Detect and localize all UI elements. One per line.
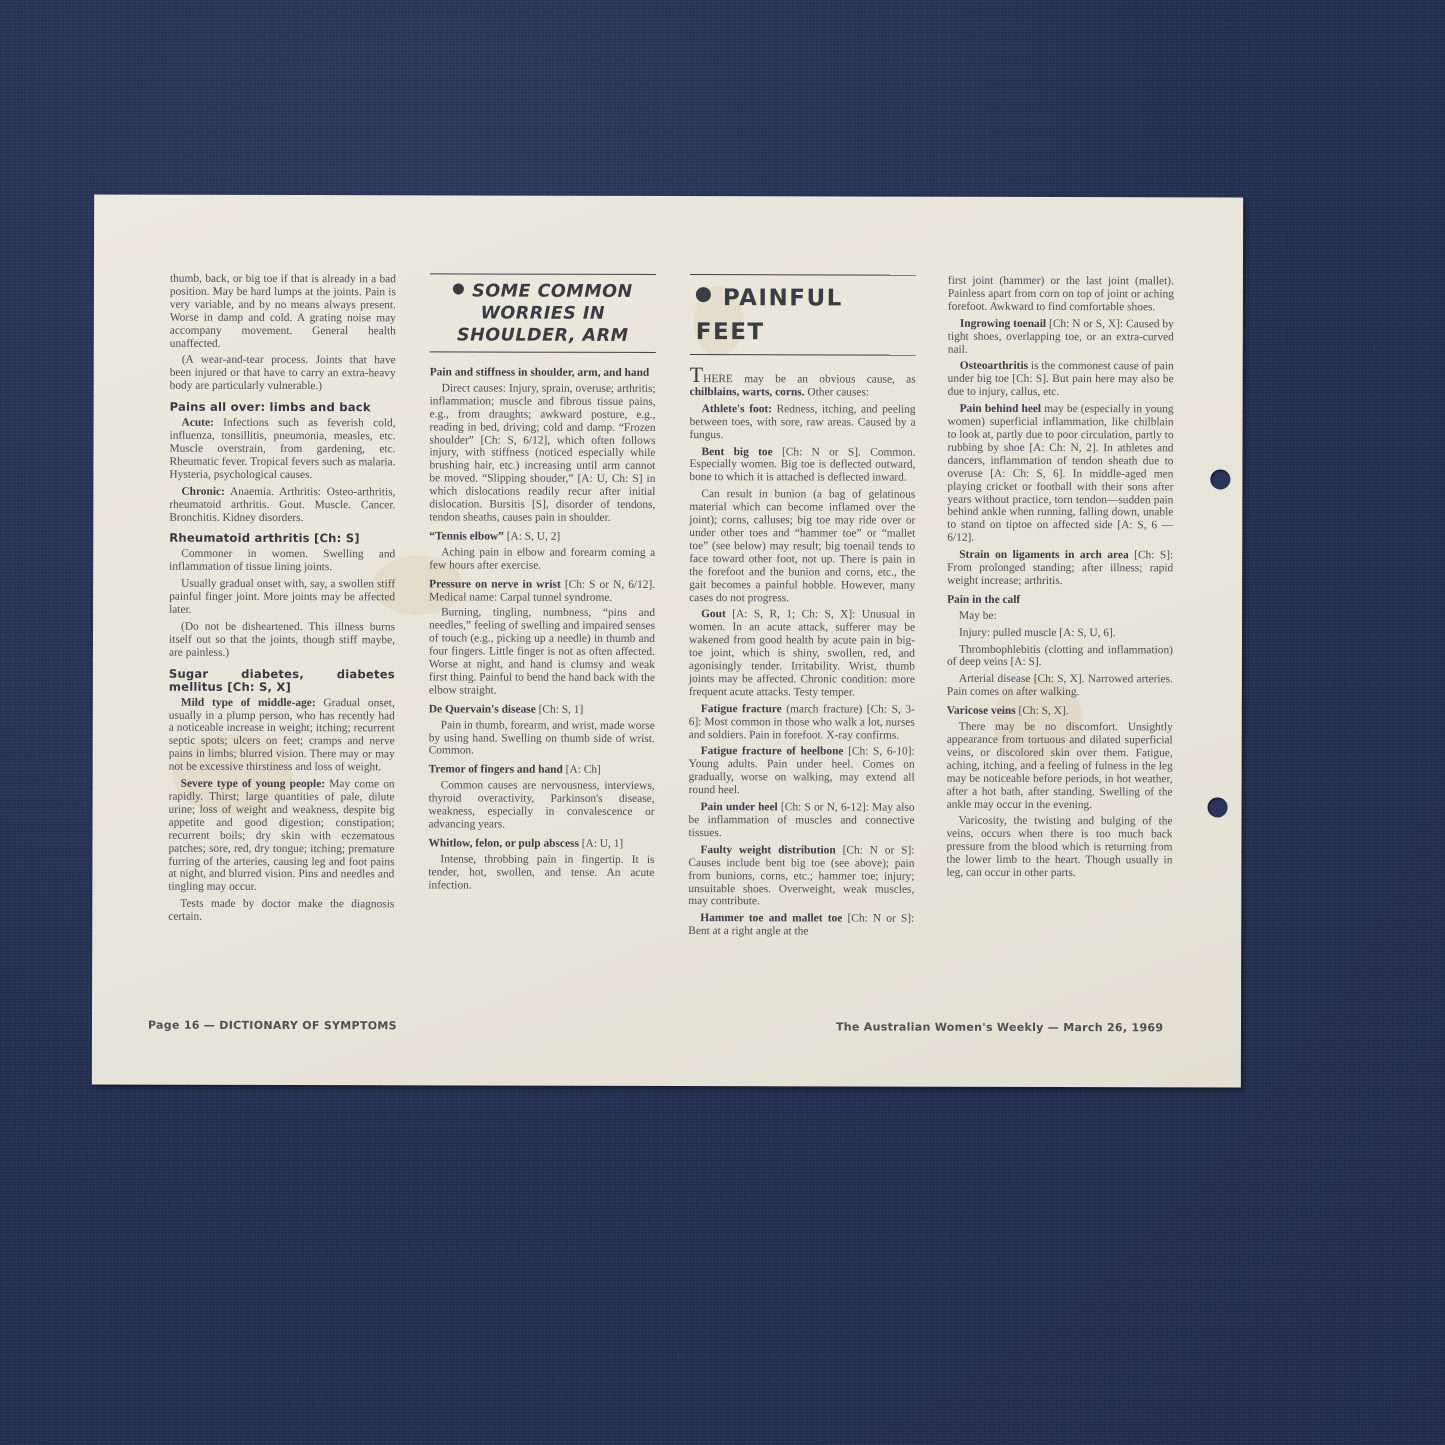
entry-heading-varicose: Varicose veins: [947, 705, 1016, 717]
entry-heading: Athlete's foot:: [702, 403, 772, 415]
entry-heading: Osteoarthritis: [960, 360, 1028, 372]
section-heading-pains-all-over: Pains all over: limbs and back: [170, 401, 396, 415]
punch-hole: [1208, 797, 1228, 817]
section-heading-diabetes: Sugar diabetes, diabetes mellitus [Ch: S…: [169, 667, 395, 694]
column-2: SOME COMMON WORRIES IN SHOULDER, ARM Pai…: [428, 273, 656, 896]
severe-text: May come on rapidly. Thirst; large quant…: [168, 778, 394, 893]
entry-list: Athlete's foot: Redness, itching, and pe…: [688, 403, 915, 939]
entry: Pain under heel [Ch: S or N, 6-12]: May …: [688, 801, 914, 840]
magazine-page: thumb, back, or big toe if that is alrea…: [92, 194, 1243, 1087]
entry: Fatigue fracture (march fracture) [Ch: S…: [689, 703, 915, 742]
continuation-text: first joint (hammer) or the last joint (…: [948, 275, 1174, 314]
note-text: (A wear-and-tear process. Joints that ha…: [170, 354, 396, 393]
banner-title: SOME COMMON WORRIES IN SHOULDER, ARM: [457, 281, 633, 345]
footer-page-label: Page 16 — DICTIONARY OF SYMPTOMS: [148, 1019, 397, 1033]
paragraph: Common causes are nervousness, interview…: [429, 780, 655, 832]
footer-publication: The Australian Women's Weekly — March 26…: [836, 1020, 1163, 1034]
paragraph: Thrombophlebitis (clotting and inflammat…: [947, 643, 1173, 669]
paragraph: Aching pain in elbow and forearm coming …: [429, 546, 655, 572]
entry: Fatigue fracture of heelbone [Ch: S, 6-1…: [689, 746, 915, 798]
chronic-label: Chronic:: [181, 485, 225, 497]
entry-heading: Ingrowing toenail: [960, 317, 1046, 329]
paragraph: Injury: pulled muscle [A: S, U, 6].: [947, 626, 1173, 639]
entry-heading: Pain behind heel: [960, 403, 1042, 415]
paragraph: Pain in thumb, forearm, and wrist, made …: [429, 719, 655, 758]
entry-heading: Hammer toe and mallet toe: [700, 912, 842, 924]
mild-label: Mild type of middle-age:: [181, 696, 316, 708]
entry-heading: Faulty weight distribution: [700, 844, 835, 856]
intro-paragraph: THERE may be an obvious cause, as chilbl…: [690, 369, 916, 399]
paragraph: Commoner in women. Swelling and inflamma…: [169, 548, 395, 574]
entry: Can result in bunion (a bag of gelatinou…: [689, 488, 915, 605]
paragraph: Tests made by doctor make the diagnosis …: [168, 898, 394, 924]
section-banner-painful-feet: PAINFUL FEET: [690, 274, 916, 356]
entry-list: Ingrowing toenail [Ch: N or S, X]: Cause…: [947, 317, 1174, 588]
entry-text: [A: S, R, 1; Ch: S, X]: Unusual in women…: [689, 609, 915, 699]
drop-cap: T: [690, 362, 704, 387]
bullet-icon: [696, 287, 711, 302]
paragraph: Usually gradual onset with, say, a swoll…: [169, 578, 395, 617]
paragraph: Burning, tingling, numbness, “pins and n…: [429, 607, 655, 698]
entry-heading: Pain under heel: [701, 801, 778, 813]
entry: Hammer toe and mallet toe [Ch: N or S]: …: [688, 912, 914, 938]
entry-heading: Gout: [701, 608, 726, 620]
entry-heading: Pain and stiffness in shoulder, arm, and…: [430, 366, 656, 379]
paragraph: There may be no discomfort. Unsightly ap…: [947, 721, 1173, 812]
punch-hole: [1210, 469, 1230, 489]
banner-title: PAINFUL FEET: [696, 285, 843, 345]
entry: Pain behind heel may be (especially in y…: [947, 403, 1173, 546]
section-banner-shoulder-arm: SOME COMMON WORRIES IN SHOULDER, ARM: [430, 273, 656, 353]
entry-heading: Fatigue fracture: [701, 703, 782, 715]
severe-label: Severe type of young people:: [181, 778, 325, 790]
entry-heading: Strain on ligaments in arch area: [959, 549, 1128, 561]
entry-heading: De Quervain's disease [Ch: S, 1]: [429, 703, 655, 716]
entry-list: Pain and stiffness in shoulder, arm, and…: [428, 366, 655, 892]
entry-text: Can result in bunion (a bag of gelatinou…: [689, 488, 915, 603]
bullet-icon: [453, 283, 464, 294]
section-heading-rheumatoid: Rheumatoid arthritis [Ch: S]: [169, 532, 395, 546]
entry-text: may be (especially in young women) super…: [947, 403, 1173, 544]
acute-label: Acute:: [182, 417, 214, 429]
entry-heading: Bent big toe: [701, 446, 772, 458]
continuation-text: thumb, back, or big toe if that is alrea…: [170, 273, 396, 351]
column-4: first joint (hammer) or the last joint (…: [946, 275, 1174, 885]
entry-heading: Fatigue fracture of heelbone: [701, 746, 844, 758]
entry: Bent big toe [Ch: N or S]. Common. Espec…: [689, 446, 915, 485]
entry: Ingrowing toenail [Ch: N or S, X]: Cause…: [948, 317, 1174, 356]
paragraph: (Do not be disheartened. This illness bu…: [169, 621, 395, 660]
column-3: PAINFUL FEET THERE may be an obvious cau…: [688, 274, 916, 943]
section-heading-calf: Pain in the calf: [947, 594, 1020, 606]
entry: Faulty weight distribution [Ch: N or S]:…: [688, 844, 914, 909]
column-1: thumb, back, or big toe if that is alrea…: [168, 273, 396, 929]
paragraph: Varicosity, the twisting and bulging of …: [946, 815, 1172, 880]
entry: Athlete's foot: Redness, itching, and pe…: [690, 403, 916, 442]
entry-heading: Whitlow, felon, or pulp abscess [A: U, 1…: [428, 837, 654, 850]
paragraph: May be:: [947, 609, 1173, 622]
paragraph: Intense, throbbing pain in fingertip. It…: [428, 853, 654, 892]
calf-list: May be:Injury: pulled muscle [A: S, U, 6…: [947, 609, 1173, 699]
entry-heading: “Tennis elbow” [A: S, U, 2]: [429, 530, 655, 543]
entry-heading: Tremor of fingers and hand [A: Ch]: [429, 764, 655, 777]
paragraph: Direct causes: Injury, sprain, overuse; …: [429, 382, 655, 525]
entry-heading: Pressure on nerve in wrist [Ch: S or N, …: [429, 578, 655, 604]
entry: Gout [A: S, R, 1; Ch: S, X]: Unusual in …: [689, 608, 915, 699]
entry: Osteoarthritis is the commonest cause of…: [948, 360, 1174, 399]
entry: Strain on ligaments in arch area [Ch: S]…: [947, 549, 1173, 588]
paragraph: Arterial disease [Ch: S, X]. Narrowed ar…: [947, 673, 1173, 699]
